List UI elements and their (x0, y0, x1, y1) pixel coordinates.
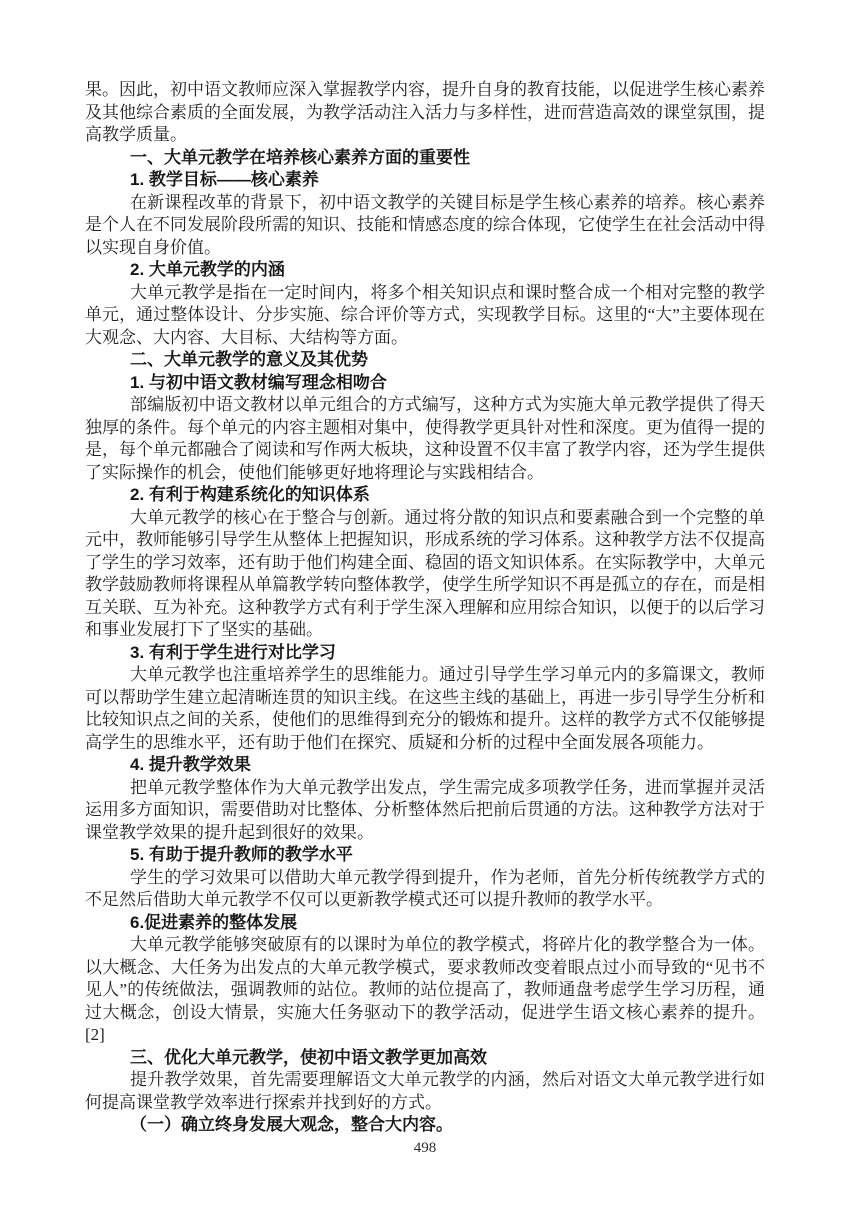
paragraph: 提升教学效果，首先需要理解语文大单元教学的内涵，然后对语文大单元教学进行如何提高… (85, 1069, 765, 1114)
paragraph: 在新课程改革的背景下，初中语文教学的关键目标是学生核心素养的培养。核心素养是个人… (85, 192, 765, 260)
document-page: 果。因此，初中语文教师应深入掌握教学内容，提升自身的教育技能，以促进学生核心素养… (0, 0, 850, 1205)
section-heading: 2. 大单元教学的内涵 (85, 259, 765, 282)
section-heading: 三、优化大单元教学，使初中语文教学更加高效 (85, 1047, 765, 1070)
paragraph: 把单元教学整体作为大单元教学出发点，学生需完成多项教学任务，进而掌握并灵活运用多… (85, 777, 765, 845)
paragraph: 大单元教学的核心在于整合与创新。通过将分散的知识点和要素融合到一个完整的单元中，… (85, 507, 765, 642)
section-heading: 2. 有利于构建系统化的知识体系 (85, 484, 765, 507)
page-number: 498 (414, 1140, 437, 1156)
section-heading: 6.促进素养的整体发展 (85, 912, 765, 935)
paragraph: 大单元教学也注重培养学生的思维能力。通过引导学生学习单元内的多篇课文，教师可以帮… (85, 664, 765, 754)
paragraph: 学生的学习效果可以借助大单元教学得到提升，作为老师，首先分析传统教学方式的不足然… (85, 867, 765, 912)
section-heading: 二、大单元教学的意义及其优势 (85, 349, 765, 372)
paragraph: 部编版初中语文教材以单元组合的方式编写，这种方式为实施大单元教学提供了得天独厚的… (85, 394, 765, 484)
section-heading: 5. 有助于提升教师的教学水平 (85, 844, 765, 867)
page-footer: 498 (85, 1137, 765, 1160)
paragraph: 果。因此，初中语文教师应深入掌握教学内容，提升自身的教育技能，以促进学生核心素养… (85, 79, 765, 147)
section-heading: （一）确立终身发展大观念，整合大内容。 (85, 1114, 765, 1137)
section-heading: 4. 提升教学效果 (85, 754, 765, 777)
section-heading: 1. 与初中语文教材编写理念相吻合 (85, 372, 765, 395)
paragraph: 大单元教学是指在一定时间内，将多个相关知识点和课时整合成一个相对完整的教学单元，… (85, 282, 765, 350)
paragraph: 大单元教学能够突破原有的以课时为单位的教学模式，将碎片化的教学整合为一体。以大概… (85, 934, 765, 1047)
section-heading: 1. 教学目标——核心素养 (85, 169, 765, 192)
document-body: 果。因此，初中语文教师应深入掌握教学内容，提升自身的教育技能，以促进学生核心素养… (85, 79, 765, 1137)
section-heading: 一、大单元教学在培养核心素养方面的重要性 (85, 147, 765, 170)
section-heading: 3. 有利于学生进行对比学习 (85, 642, 765, 665)
